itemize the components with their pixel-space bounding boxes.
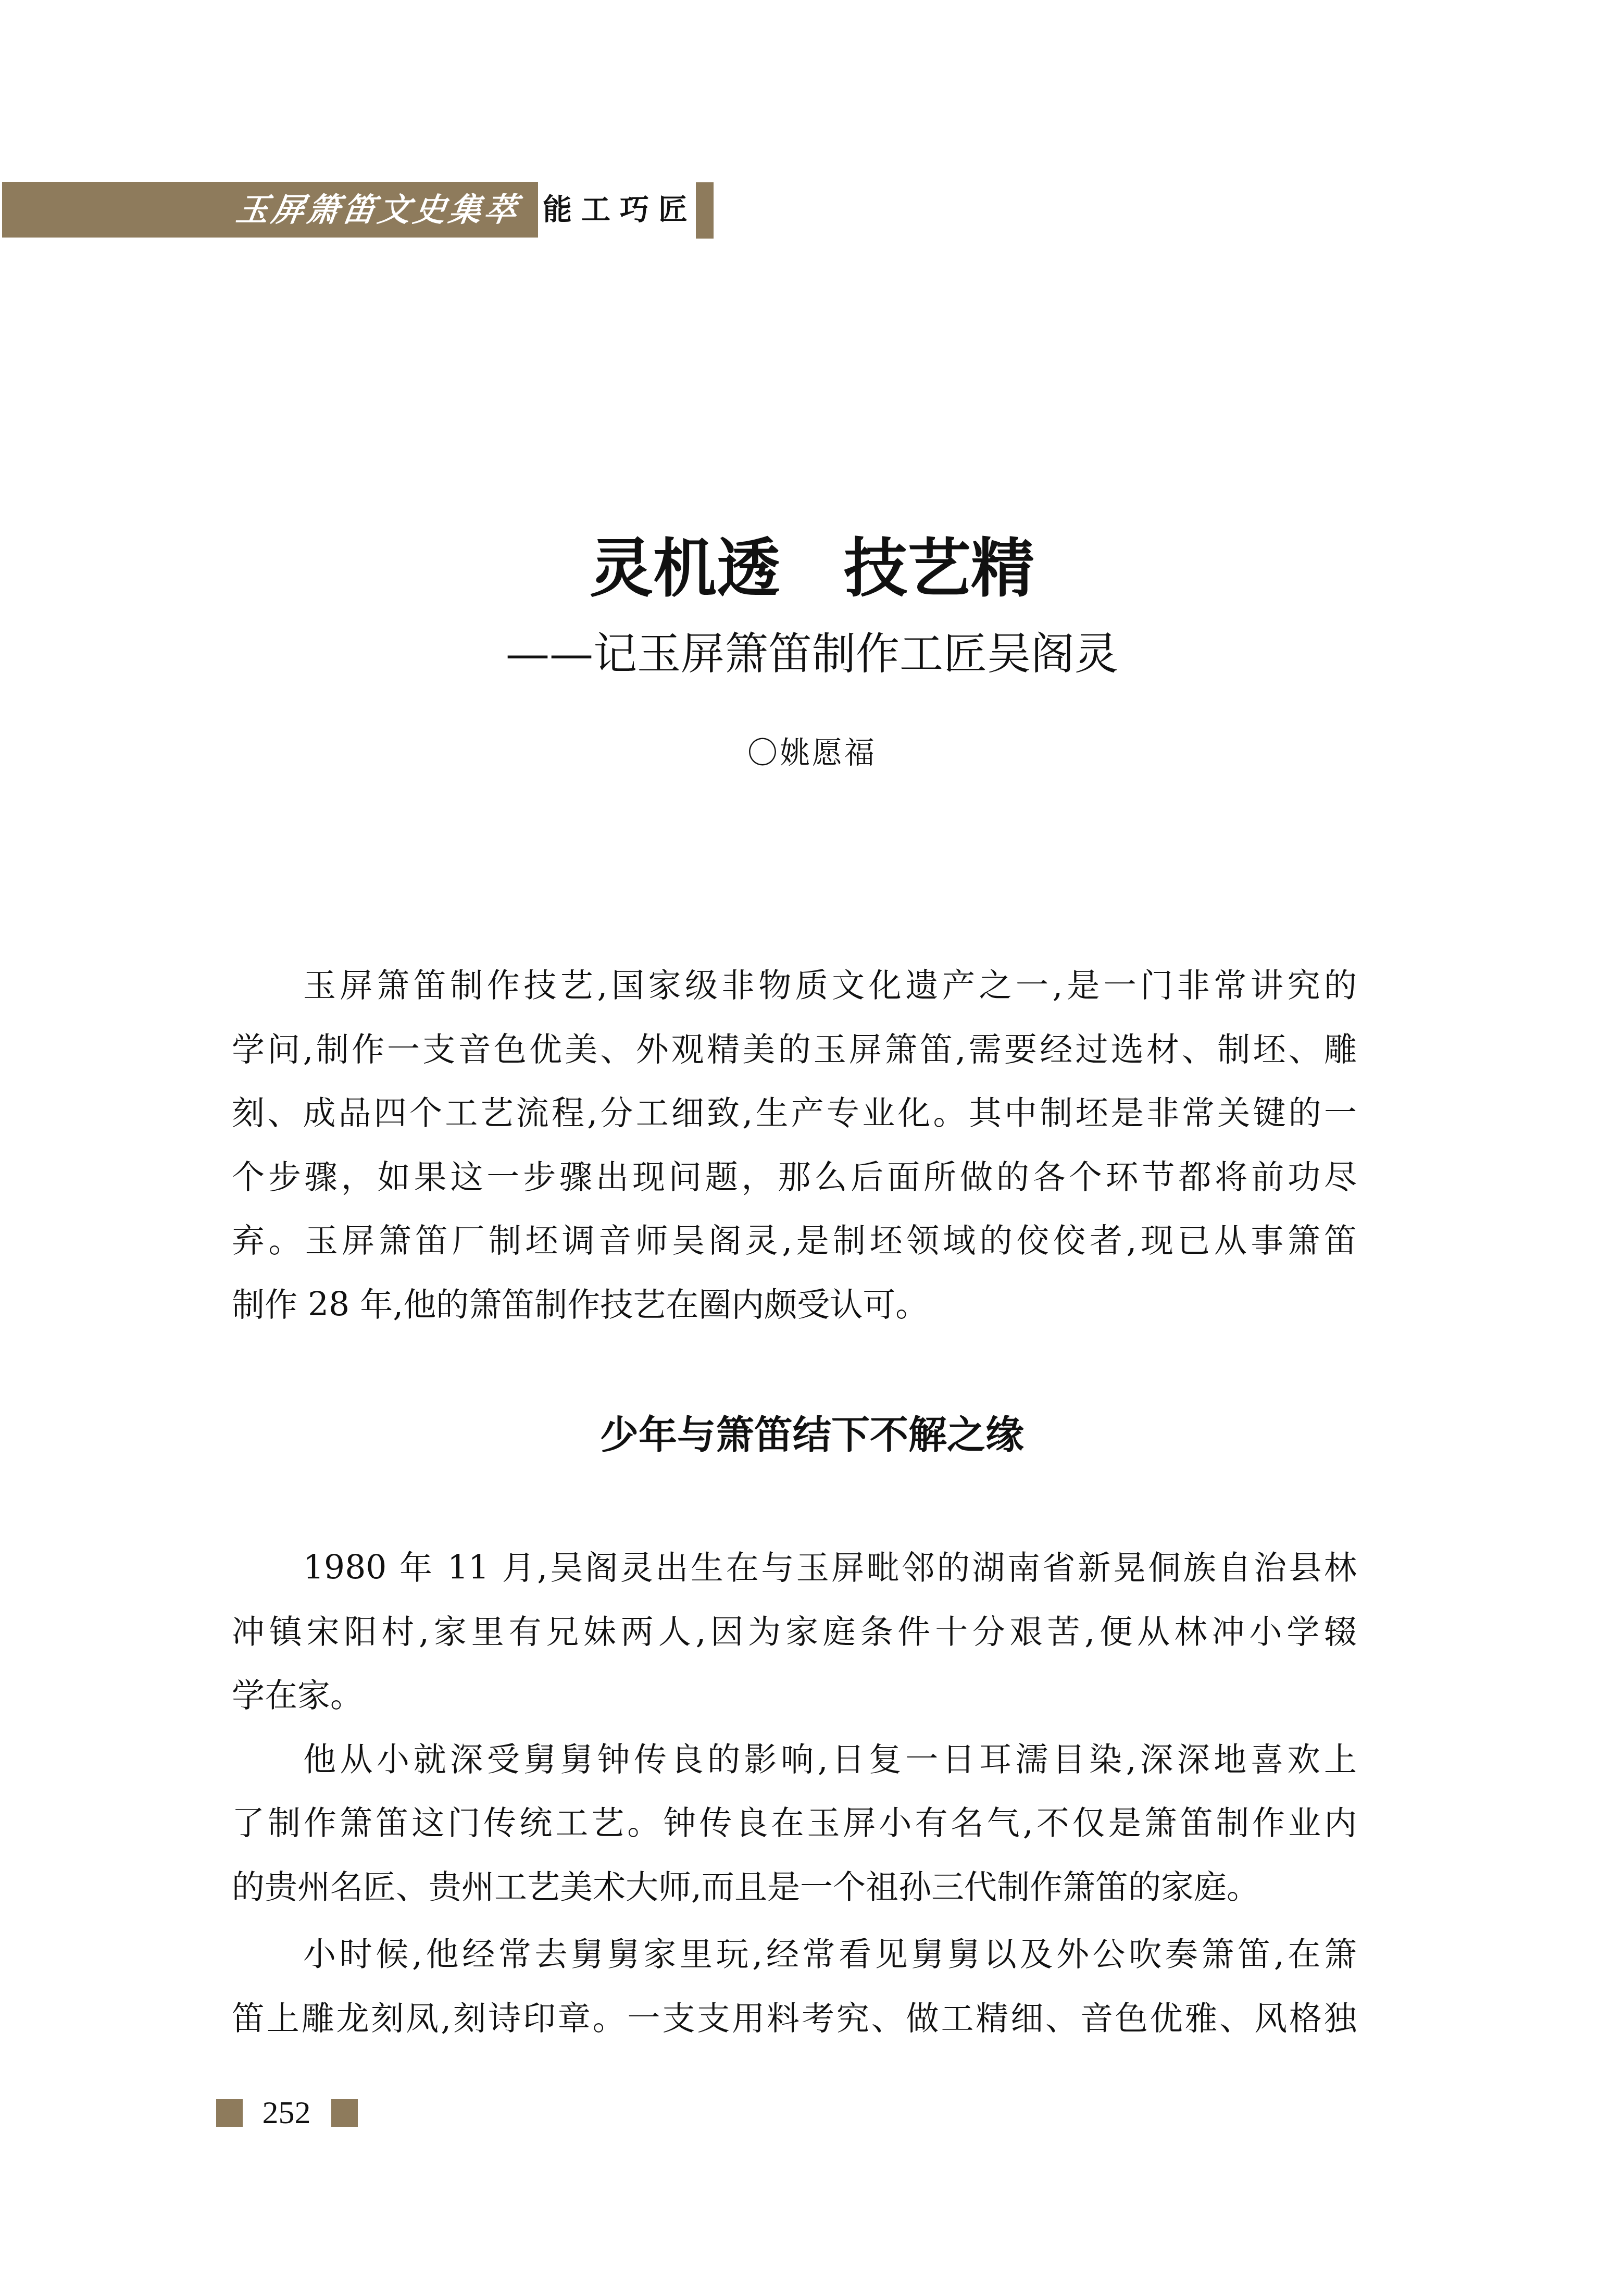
text-line: 刻、成品四个工艺流程,分工细致,生产专业化。其中制坯是非常关键的一 — [232, 1092, 1357, 1134]
running-header-band: 玉屏箫笛文史集萃 — [2, 182, 538, 238]
section-heading: 少年与箫笛结下不解之缘 — [0, 1412, 1624, 1458]
text-line: 笛上雕龙刻凤,刻诗印章。一支支用料考究、做工精细、音色优雅、风格独 — [232, 1998, 1357, 2039]
article-title: 灵机透 技艺精 — [0, 531, 1624, 604]
text-line: 学问,制作一支音色优美、外观精美的玉屏箫笛,需要经过选材、制坯、雕 — [232, 1029, 1357, 1070]
text-line: 小时候,他经常去舅舅家里玩,经常看见舅舅以及外公吹奏箫笛,在箫 — [303, 1934, 1357, 1975]
text-line: 了制作箫笛这门传统工艺。钟传良在玉屏小有名气,不仅是箫笛制作业内 — [232, 1802, 1357, 1844]
text-line: 1980 年 11 月,吴阁灵出生在与玉屏毗邻的湖南省新晃侗族自治县林 — [303, 1547, 1357, 1589]
text-line: 冲镇宋阳村,家里有兄妹两人,因为家庭条件十分艰苦,便从林冲小学辍 — [232, 1611, 1357, 1653]
text-line: 个步骤，如果这一步骤出现问题，那么后面所做的各个环节都将前功尽 — [232, 1156, 1357, 1198]
text-line: 制作 28 年,他的箫笛制作技艺在圈内颇受认可。 — [232, 1284, 1357, 1326]
text-line: 弃。玉屏箫笛厂制坯调音师吴阁灵,是制坯领域的佼佼者,现已从事箫笛 — [232, 1220, 1357, 1262]
text-line: 的贵州名匠、贵州工艺美术大师,而且是一个祖孙三代制作箫笛的家庭。 — [232, 1866, 1357, 1908]
text-line: 学在家。 — [232, 1675, 1357, 1716]
header-accent-bar — [696, 182, 714, 239]
page-number: 252 — [258, 2094, 315, 2131]
folio-square-left — [216, 2099, 243, 2127]
author-byline: 〇姚愿福 — [0, 732, 1624, 774]
series-title-calligraphy: 玉屏箫笛文史集萃 — [232, 182, 523, 238]
text-line: 玉屏箫笛制作技艺,国家级非物质文化遗产之一,是一门非常讲究的 — [303, 965, 1357, 1006]
document-page: 玉屏箫笛文史集萃 能工巧匠 灵机透 技艺精 ——记玉屏箫笛制作工匠吴阁灵 〇姚愿… — [0, 0, 1624, 2269]
section-title: 能工巧匠 — [543, 182, 697, 238]
folio-square-right — [331, 2099, 358, 2127]
article-subtitle: ——记玉屏箫笛制作工匠吴阁灵 — [0, 628, 1624, 680]
text-line: 他从小就深受舅舅钟传良的影响,日复一日耳濡目染,深深地喜欢上 — [303, 1739, 1357, 1780]
